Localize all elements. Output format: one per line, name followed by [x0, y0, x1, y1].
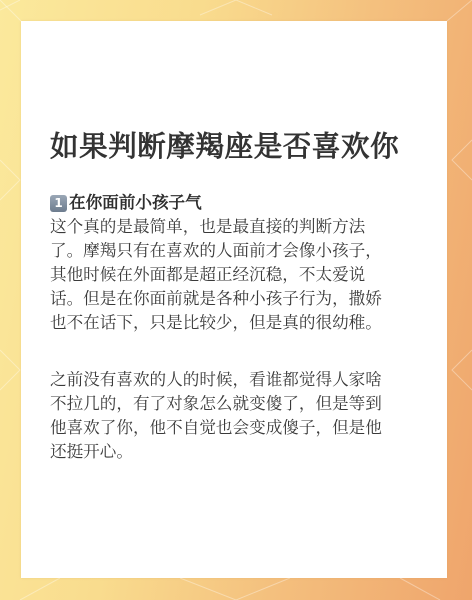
body-line: 之前没有喜欢的人的时候，看谁都觉得人家啥: [50, 368, 430, 392]
keycap-digit-one-icon: 1: [50, 195, 67, 212]
body-line: 还挺开心。: [50, 440, 430, 464]
body-line: 话。但是在你面前就是各种小孩子行为，撒娇: [50, 287, 430, 311]
section-heading-text: 在你面前小孩子气: [69, 191, 202, 215]
paragraph-spacer: [50, 335, 430, 368]
article-content: 1 在你面前小孩子气 这个真的是最简单，也是最直接的判断方法 了。摩羯只有在喜欢…: [50, 191, 430, 464]
body-line: 不拉几的，有了对象怎么就变傻了，但是等到: [50, 392, 430, 416]
paragraph-2: 之前没有喜欢的人的时候，看谁都觉得人家啥 不拉几的，有了对象怎么就变傻了，但是等…: [50, 368, 430, 464]
article-card: 如果判断摩羯座是否喜欢你 1 在你面前小孩子气 这个真的是最简单，也是最直接的判…: [21, 21, 447, 578]
body-line: 这个真的是最简单，也是最直接的判断方法: [50, 215, 430, 239]
section-body: 这个真的是最简单，也是最直接的判断方法 了。摩羯只有在喜欢的人面前才会像小孩子，…: [50, 215, 430, 335]
body-line: 了。摩羯只有在喜欢的人面前才会像小孩子，: [50, 239, 430, 263]
body-line: 他喜欢了你，他不自觉也会变成傻子，但是他: [50, 416, 430, 440]
article-title: 如果判断摩羯座是否喜欢你: [50, 129, 399, 165]
body-line: 也不在话下，只是比较少，但是真的很幼稚。: [50, 311, 430, 335]
body-line: 其他时候在外面都是超正经沉稳，不太爱说: [50, 263, 430, 287]
section-heading: 1 在你面前小孩子气: [50, 191, 430, 215]
